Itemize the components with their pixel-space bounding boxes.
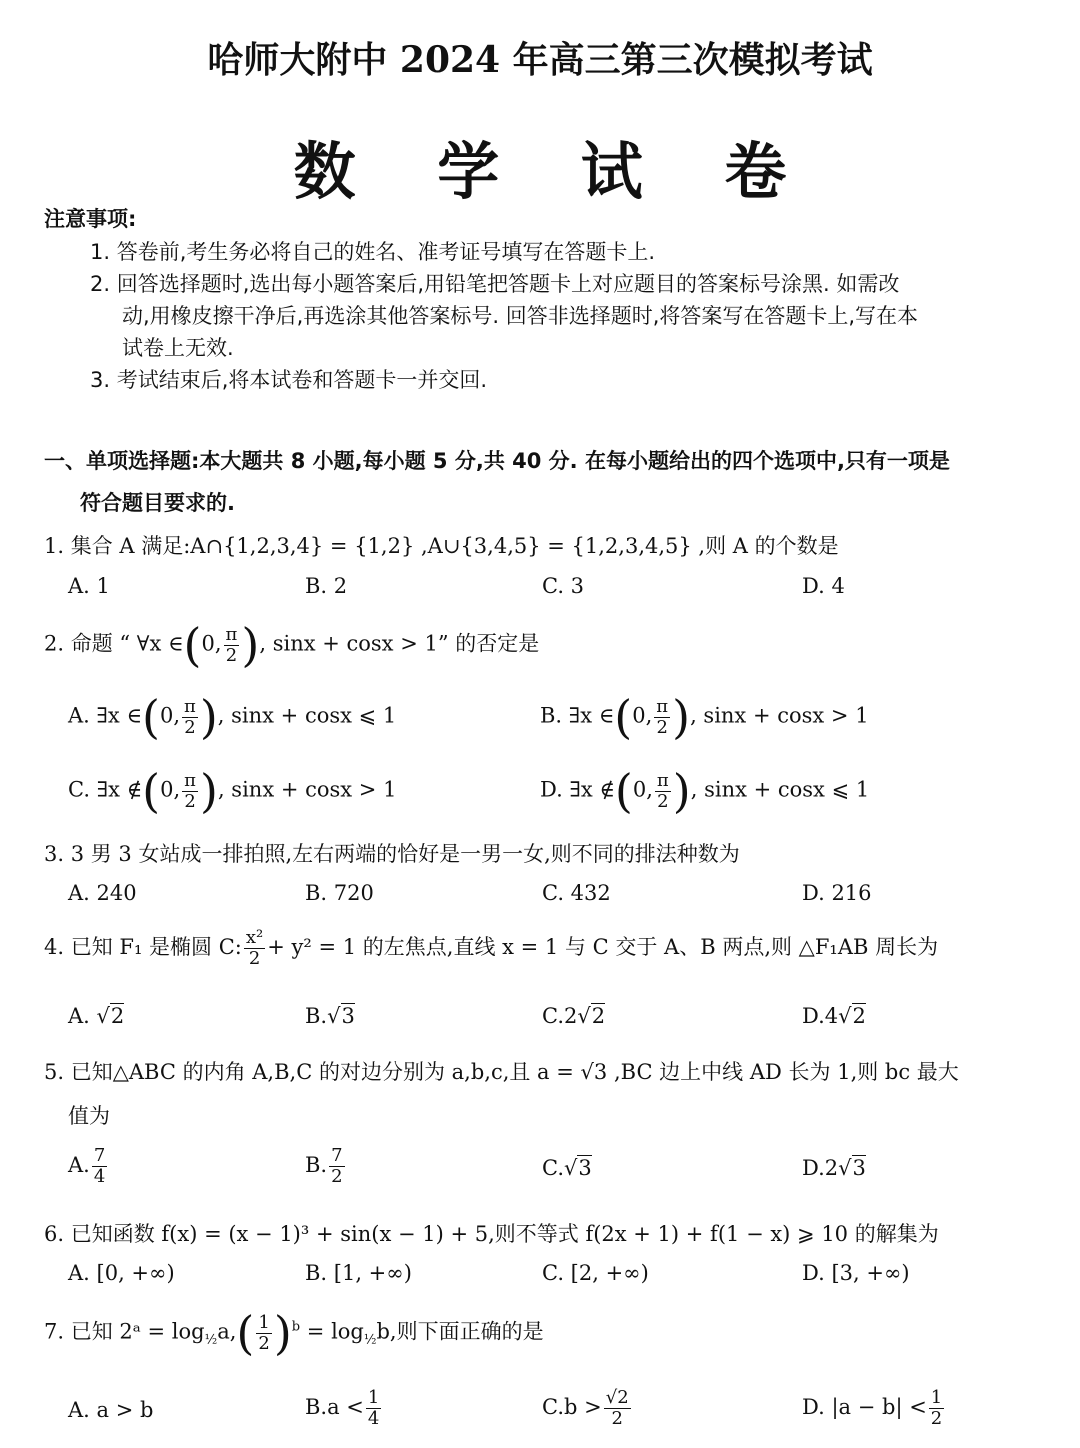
q1-option-b: B. 2 <box>305 574 347 598</box>
frac-num: π <box>182 771 198 792</box>
frac-num: π <box>655 771 671 792</box>
fraction: √22 <box>604 1388 631 1429</box>
q2-option-d: D. ∃x ∉(0,π2), sinx + cosx ⩽ 1 <box>540 768 869 814</box>
radicand: 3 <box>577 1155 591 1180</box>
q4-suffix: + y² = 1 的左焦点,直线 x = 1 与 C 交于 A、B 两点,则 △… <box>267 935 938 959</box>
question-1-stem: 1. 集合 A 满足:A∩{1,2,3,4} = {1,2} ,A∪{3,4,5… <box>44 530 839 560</box>
option-tail: , sinx + cosx ⩽ 1 <box>691 778 870 802</box>
exponent: b <box>292 1320 300 1335</box>
q7-part-b: a, <box>217 1320 236 1344</box>
option-label: D. <box>802 1156 825 1180</box>
frac-den: 4 <box>94 1167 105 1187</box>
option-label: B. <box>305 1395 327 1419</box>
option-label: C. <box>542 1395 564 1419</box>
q7-part-d: b,则下面正确的是 <box>376 1320 543 1344</box>
option-label: C. <box>542 1156 564 1180</box>
quantifier: ∃x ∉ <box>569 778 614 802</box>
frac-num: x² <box>244 928 265 949</box>
q2-suffix: , sinx + cosx > 1” 的否定是 <box>259 632 539 656</box>
q7-option-a: A. a > b <box>68 1398 153 1422</box>
note-item-2-cont: 动,用橡皮擦干净后,再选涂其他答案标号. 回答非选择题时,将答案写在答题卡上,写… <box>122 300 918 332</box>
q3-option-d: D. 216 <box>802 881 872 905</box>
option-text: |a − b| < <box>831 1395 926 1419</box>
question-3-stem: 3. 3 男 3 女站成一排拍照,左右两端的恰好是一男一女,则不同的排法种数为 <box>44 838 740 868</box>
radicand: 2 <box>591 1003 605 1028</box>
coef: 4 <box>825 1004 838 1028</box>
q4-option-d: D.4√2 <box>802 1004 866 1028</box>
frac-den: 2 <box>331 1167 342 1187</box>
frac-num: 7 <box>92 1146 107 1167</box>
open-paren: ( <box>614 690 632 744</box>
frac-den: 2 <box>226 646 237 666</box>
option-text: a > b <box>97 1398 154 1422</box>
interval-left: 0, <box>633 778 653 802</box>
note-item-2-cont2: 试卷上无效. <box>122 332 234 364</box>
x2-over-2: x²2 <box>244 928 265 969</box>
q5-option-d: D.2√3 <box>802 1156 866 1180</box>
close-paren: ) <box>274 1306 292 1360</box>
option-label: A. <box>68 1004 90 1028</box>
frac-den: 2 <box>184 792 195 812</box>
close-paren: ) <box>241 618 259 672</box>
note-item-2: 2. 回答选择题时,选出每小题答案后,用铅笔把答题卡上对应题目的答案标号涂黑. … <box>90 268 899 300</box>
frac-num: √2 <box>604 1388 631 1409</box>
close-paren: ) <box>200 764 218 818</box>
pi-over-2: π2 <box>655 771 671 812</box>
close-paren: ) <box>672 690 690 744</box>
option-tail: , sinx + cosx ⩽ 1 <box>218 704 397 728</box>
frac-den: 2 <box>656 718 667 738</box>
option-text: a < <box>327 1395 364 1419</box>
q4-option-b: B.√3 <box>305 1004 355 1028</box>
option-label: A. <box>68 704 90 728</box>
option-label: B. <box>540 704 562 728</box>
close-paren: ) <box>200 690 218 744</box>
option-label: A. <box>68 1153 90 1177</box>
option-label: B. <box>305 1004 327 1028</box>
section-heading-cont: 符合题目要求的. <box>80 487 235 517</box>
frac-num: 7 <box>329 1146 344 1167</box>
q6-option-c: C. [2, +∞) <box>542 1261 649 1285</box>
question-4-stem: 4. 已知 F₁ 是椭圆 C:x²2+ y² = 1 的左焦点,直线 x = 1… <box>44 928 938 969</box>
note-item-3: 3. 考试结束后,将本试卷和答题卡一并交回. <box>90 364 487 396</box>
q2-option-c: C. ∃x ∉(0,π2), sinx + cosx > 1 <box>68 768 396 814</box>
frac-num: 1 <box>366 1388 381 1409</box>
question-7-stem: 7. 已知 2ᵃ = log½a,(12)b = log½b,则下面正确的是 <box>44 1310 544 1356</box>
quantifier: ∃x ∉ <box>97 778 142 802</box>
pi-over-2: π2 <box>654 697 670 738</box>
frac-den: 2 <box>611 1409 622 1429</box>
q2-interval-left: 0, <box>202 632 222 656</box>
frac-den: 4 <box>368 1409 379 1429</box>
frac-den: 2 <box>931 1409 942 1429</box>
exam-title: 哈师大附中 2024 年高三第三次模拟考试 <box>0 32 1080 83</box>
coef: 2 <box>564 1004 577 1028</box>
fraction: 74 <box>92 1146 107 1187</box>
frac-den: 2 <box>249 949 260 969</box>
quantifier: ∃x ∈ <box>569 704 614 728</box>
radicand: 2 <box>110 1003 124 1028</box>
option-label: A. <box>68 1398 90 1422</box>
frac-den: 2 <box>657 792 668 812</box>
open-paren: ( <box>236 1306 254 1360</box>
fraction: 14 <box>366 1388 381 1429</box>
radicand: 3 <box>852 1155 866 1180</box>
log-base: ½ <box>364 1333 377 1348</box>
notes-heading: 注意事项: <box>44 203 136 233</box>
option-label: D. <box>802 1004 825 1028</box>
q7-option-b: B.a <14 <box>305 1388 383 1429</box>
q6-option-d: D. [3, +∞) <box>802 1261 910 1285</box>
frac-num: π <box>182 697 198 718</box>
q3-option-a: A. 240 <box>68 881 137 905</box>
q3-option-b: B. 720 <box>305 881 374 905</box>
interval-left: 0, <box>160 778 180 802</box>
interval-left: 0, <box>160 704 180 728</box>
section-heading: 一、单项选择题:本大题共 8 小题,每小题 5 分,共 40 分. 在每小题给出… <box>44 445 950 475</box>
open-paren: ( <box>142 690 160 744</box>
question-5-stem: 5. 已知△ABC 的内角 A,B,C 的对边分别为 a,b,c,且 a = √… <box>44 1056 959 1086</box>
option-label: C. <box>542 1004 564 1028</box>
pi-over-2: π2 <box>182 771 198 812</box>
frac-den: 2 <box>184 718 195 738</box>
pi-over-2: π2 <box>224 625 240 666</box>
frac-num: 1 <box>929 1388 944 1409</box>
q2-option-b: B. ∃x ∈(0,π2), sinx + cosx > 1 <box>540 694 869 740</box>
subject-title: 数 学 试 卷 <box>0 122 1080 211</box>
radicand: 2 <box>852 1003 866 1028</box>
quantifier: ∃x ∈ <box>97 704 142 728</box>
one-half: 12 <box>256 1313 271 1354</box>
q7-option-d: D. |a − b| <12 <box>802 1388 946 1429</box>
q5-option-c: C.√3 <box>542 1156 592 1180</box>
coef: 2 <box>825 1156 838 1180</box>
open-paren: ( <box>615 764 633 818</box>
question-5-stem-cont: 值为 <box>68 1100 110 1130</box>
q4-prefix: 4. 已知 F₁ 是椭圆 C: <box>44 935 242 959</box>
q1-option-d: D. 4 <box>802 574 845 598</box>
q5-option-b: B.72 <box>305 1146 347 1187</box>
frac-num: 1 <box>256 1313 271 1334</box>
question-6-stem: 6. 已知函数 f(x) = (x − 1)³ + sin(x − 1) + 5… <box>44 1218 939 1248</box>
q5-option-a: A.74 <box>68 1146 109 1187</box>
pi-over-2: π2 <box>182 697 198 738</box>
q7-part-c: = log <box>307 1320 364 1344</box>
q3-option-c: C. 432 <box>542 881 611 905</box>
option-tail: , sinx + cosx > 1 <box>218 778 397 802</box>
q4-option-a: A. √2 <box>68 1004 124 1028</box>
open-paren: ( <box>184 618 202 672</box>
frac-num: π <box>224 625 240 646</box>
q1-option-a: A. 1 <box>68 574 110 598</box>
option-text: b > <box>564 1395 602 1419</box>
q2-prefix: 2. 命题 “ ∀x ∈ <box>44 632 184 656</box>
q6-option-b: B. [1, +∞) <box>305 1261 412 1285</box>
option-tail: , sinx + cosx > 1 <box>690 704 869 728</box>
log-base: ½ <box>205 1333 218 1348</box>
q2-option-a: A. ∃x ∈(0,π2), sinx + cosx ⩽ 1 <box>68 694 396 740</box>
q6-option-a: A. [0, +∞) <box>68 1261 175 1285</box>
frac-num: π <box>654 697 670 718</box>
note-item-1: 1. 答卷前,考生务必将自己的姓名、准考证号填写在答题卡上. <box>90 236 655 268</box>
fraction: 12 <box>929 1388 944 1429</box>
question-2-stem: 2. 命题 “ ∀x ∈(0,π2), sinx + cosx > 1” 的否定… <box>44 622 539 668</box>
radicand: 3 <box>341 1003 355 1028</box>
open-paren: ( <box>142 764 160 818</box>
q1-option-c: C. 3 <box>542 574 584 598</box>
option-label: B. <box>305 1153 327 1177</box>
option-label: D. <box>802 1395 825 1419</box>
option-label: D. <box>540 778 563 802</box>
fraction: 72 <box>329 1146 344 1187</box>
interval-left: 0, <box>632 704 652 728</box>
option-label: C. <box>68 778 90 802</box>
q7-part-a: 7. 已知 2ᵃ = log <box>44 1320 205 1344</box>
q4-option-c: C.2√2 <box>542 1004 605 1028</box>
q7-option-c: C.b >√22 <box>542 1388 633 1429</box>
close-paren: ) <box>673 764 691 818</box>
frac-den: 2 <box>258 1334 269 1354</box>
